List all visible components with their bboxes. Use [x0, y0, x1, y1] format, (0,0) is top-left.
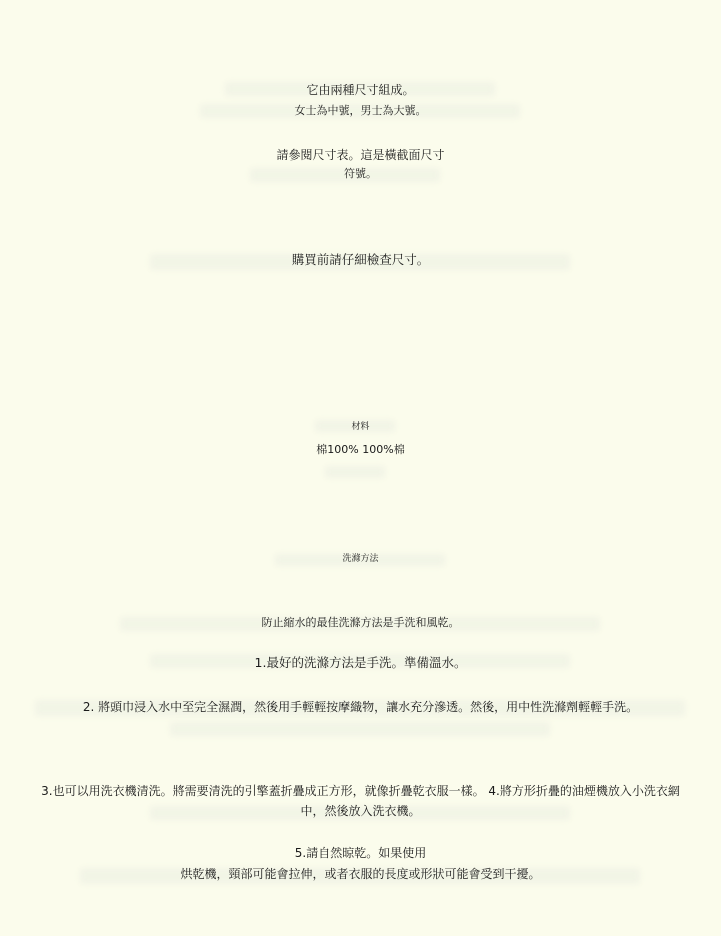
- ghost-artifact: [170, 722, 550, 736]
- size-symbol-text: 符號。: [0, 168, 721, 179]
- size-composition-text: 它由兩種尺寸組成。: [0, 84, 721, 96]
- washing-title: 洗滌方法: [0, 555, 721, 564]
- washing-step-5: 5.請自然晾乾。如果使用: [0, 847, 721, 859]
- size-gender-text: 女士為中號，男士為大號。: [0, 105, 721, 116]
- washing-step-3-4: 3.也可以用洗衣機清洗。將需要清洗的引擎蓋折疊成正方形，就像折疊乾衣服一樣。 4…: [0, 785, 721, 797]
- material-title: 材料: [0, 423, 721, 432]
- ghost-artifact: [325, 466, 385, 478]
- washing-step-1: 1.最好的洗滌方法是手洗。準備溫水。: [0, 657, 721, 670]
- size-chart-reference-text: 請參閱尺寸表。這是橫截面尺寸: [0, 149, 721, 161]
- material-value: 棉100% 100%棉: [0, 444, 721, 455]
- washing-step-5-cont: 烘乾機，頸部可能會拉伸，或者衣服的長度或形狀可能會受到干擾。: [0, 868, 721, 880]
- size-check-notice: 購買前請仔細檢查尺寸。: [0, 254, 721, 267]
- washing-step-2: 2. 將頭巾浸入水中至完全濕潤，然後用手輕輕按摩織物，讓水充分滲透。然後，用中性…: [0, 701, 721, 713]
- washing-step-4-cont: 中，然後放入洗衣機。: [0, 805, 721, 817]
- washing-intro: 防止縮水的最佳洗滌方法是手洗和風乾。: [0, 617, 721, 628]
